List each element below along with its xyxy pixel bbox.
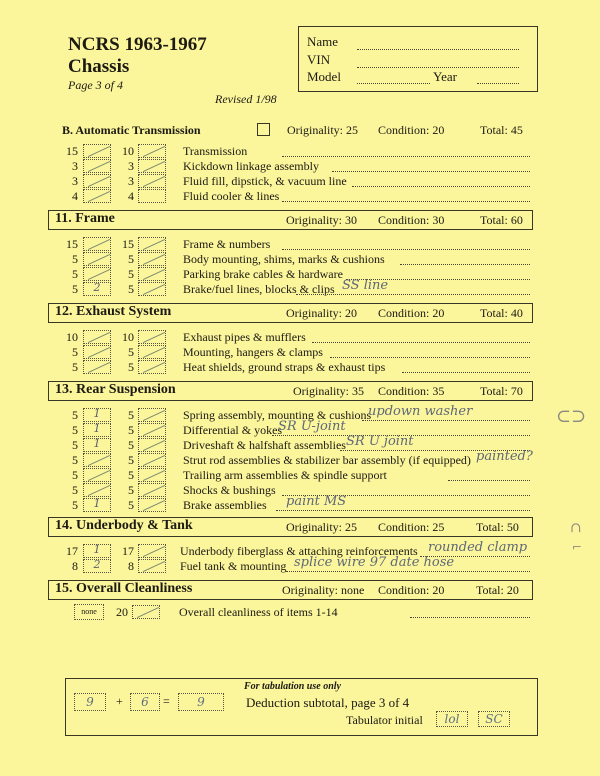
notes-line[interactable] — [332, 171, 530, 172]
handwritten-note: splice wire 97 date hose — [294, 555, 454, 570]
item-label: Body mounting, shims, marks & cushions — [183, 252, 385, 267]
model-label: Model — [307, 69, 341, 85]
section-title-automatic-transmission: B. Automatic Transmission — [62, 123, 201, 138]
handwritten-note: updown washer — [368, 404, 472, 419]
tabulator-initial-box-2[interactable]: SC — [478, 711, 510, 727]
notes-line[interactable] — [448, 480, 530, 481]
condition-deduction-box[interactable] — [138, 174, 166, 188]
section-total: Total: 20 — [476, 583, 519, 598]
item-row: 3 3 Kickdown linkage assembly — [50, 159, 540, 174]
notes-line[interactable] — [410, 617, 530, 618]
handwritten-note: SS line — [342, 278, 388, 293]
item-label: Trailing arm assemblies & spindle suppor… — [183, 468, 387, 483]
section-total: Total: 70 — [480, 384, 523, 399]
item-row: 3 3 Fluid fill, dipstick, & vacuum line — [50, 174, 540, 189]
tabulator-initial-box-1[interactable]: lol — [436, 711, 468, 727]
condition-deduction-box[interactable] — [138, 159, 166, 173]
section-header-rear-suspension: 13. Rear Suspension Originality: 35 Cond… — [48, 381, 533, 401]
section-originality: Originality: 30 — [286, 213, 357, 228]
item-label: Shocks & bushings — [183, 483, 276, 498]
name-field[interactable] — [357, 49, 519, 50]
tabulator-initial-label: Tabulator initial — [346, 713, 423, 728]
section-total: Total: 60 — [480, 213, 523, 228]
condition-deduction-box[interactable] — [138, 237, 166, 251]
notes-line[interactable] — [296, 294, 530, 295]
handwritten-note: paint MS — [286, 494, 346, 509]
item-row: 5 5 Strut rod assemblies & stabilizer ba… — [50, 453, 540, 468]
notes-line[interactable] — [282, 201, 530, 202]
model-field[interactable] — [357, 83, 430, 84]
year-label: Year — [433, 69, 457, 85]
automatic-transmission-checkbox[interactable] — [257, 123, 270, 136]
condition-deduction-box[interactable] — [138, 559, 166, 573]
section-total: Total: 40 — [480, 306, 523, 321]
tab-box-1[interactable]: 9 — [74, 693, 106, 711]
handwritten-note: painted? — [476, 449, 533, 464]
condition-deduction-box[interactable] — [138, 468, 166, 482]
handwritten-note: rounded clamp — [428, 540, 527, 555]
notes-line[interactable] — [312, 342, 530, 343]
item-label: Exhaust pipes & mufflers — [183, 330, 306, 345]
item-label: Frame & numbers — [183, 237, 270, 252]
tabulation-heading: For tabulation use only — [244, 681, 341, 692]
notes-line[interactable] — [286, 571, 530, 572]
item-row: 10 10 Exhaust pipes & mufflers — [50, 330, 540, 345]
item-row: 8 2 8 Fuel tank & mounting splice wire 9… — [50, 559, 540, 574]
condition-deduction-box[interactable] — [138, 252, 166, 266]
section-condition: Condition: 20 — [378, 306, 444, 321]
item-label: Kickdown linkage assembly — [183, 159, 319, 174]
section-total: Total: 50 — [476, 520, 519, 535]
item-row: 20 Overall cleanliness of items 1-14 — [50, 605, 540, 620]
notes-line[interactable] — [282, 156, 530, 157]
notes-line[interactable] — [400, 264, 530, 265]
vin-label: VIN — [307, 52, 330, 68]
notes-line[interactable] — [402, 372, 530, 373]
condition-deduction-box[interactable] — [138, 453, 166, 467]
plus-sign: + — [116, 694, 123, 709]
section-total: Total: 45 — [480, 123, 523, 138]
vin-field[interactable] — [357, 67, 519, 68]
margin-scribble: ⊂⊃ — [556, 406, 586, 427]
condition-deduction-box[interactable] — [138, 267, 166, 281]
identification-box: Name VIN Model Year — [298, 26, 538, 92]
item-row: 5 5 Body mounting, shims, marks & cushio… — [50, 252, 540, 267]
condition-deduction-box[interactable] — [138, 189, 166, 203]
item-row: 5 1 5 Driveshaft & halfshaft assemblies … — [50, 438, 540, 453]
equals-sign: = — [163, 694, 170, 709]
condition-deduction-box[interactable] — [138, 423, 166, 437]
item-label: Fluid fill, dipstick, & vacuum line — [183, 174, 347, 189]
item-row: 5 1 5 Differential & yokes SR U-joint — [50, 423, 540, 438]
item-row: 15 10 Transmission — [50, 144, 540, 159]
item-label: Brake assemblies — [183, 498, 267, 513]
handwritten-note: SR U-joint — [278, 419, 346, 434]
notes-line[interactable] — [282, 249, 530, 250]
item-label: Differential & yokes — [183, 423, 282, 438]
condition-deduction-box[interactable] — [138, 360, 166, 374]
form-title: NCRS 1963-1967 — [68, 34, 207, 56]
condition-deduction-box[interactable] — [138, 483, 166, 497]
item-row: 5 5 Mounting, hangers & clamps — [50, 345, 540, 360]
item-label: Strut rod assemblies & stabilizer bar as… — [183, 453, 471, 468]
revision-date: Revised 1/98 — [215, 92, 277, 107]
item-label: Mounting, hangers & clamps — [183, 345, 323, 360]
condition-deduction-box[interactable] — [132, 605, 160, 619]
item-row: 15 15 Frame & numbers — [50, 237, 540, 252]
item-label: Fuel tank & mounting — [180, 559, 286, 574]
section-originality: Originality: 20 — [286, 306, 357, 321]
section-header-frame: 11. Frame Originality: 30 Condition: 30 … — [48, 210, 533, 230]
section-condition: Condition: 25 — [378, 520, 444, 535]
section-condition: Condition: 20 — [378, 583, 444, 598]
item-row: 5 1 5 Brake assemblies paint MS — [50, 498, 540, 513]
tab-box-result[interactable]: 9 — [178, 693, 224, 711]
section-originality: Originality: 25 — [287, 123, 358, 138]
item-label: Fluid cooler & lines — [183, 189, 279, 204]
handwritten-note: SR U joint — [346, 434, 414, 449]
item-label: Transmission — [183, 144, 247, 159]
tab-box-2[interactable]: 6 — [130, 693, 160, 711]
section-condition: Condition: 35 — [378, 384, 444, 399]
section-header-exhaust-system: 12. Exhaust System Originality: 20 Condi… — [48, 303, 533, 323]
item-row: 4 4 Fluid cooler & lines — [50, 189, 540, 204]
section-originality: Originality: 35 — [293, 384, 364, 399]
year-field[interactable] — [477, 83, 519, 84]
notes-line[interactable] — [330, 357, 530, 358]
section-header-underbody-tank: 14. Underbody & Tank Originality: 25 Con… — [48, 517, 533, 537]
notes-line[interactable] — [362, 420, 530, 421]
item-label: Heat shields, ground straps & exhaust ti… — [183, 360, 385, 375]
item-row: 5 5 Trailing arm assemblies & spindle su… — [50, 468, 540, 483]
item-row: 5 2 5 Brake/fuel lines, blocks & clips S… — [50, 282, 540, 297]
page-indicator: Page 3 of 4 — [68, 78, 123, 93]
condition-deduction-box[interactable] — [138, 544, 166, 558]
condition-deduction-box[interactable] — [138, 282, 166, 296]
condition-deduction-box[interactable] — [138, 330, 166, 344]
section-header-overall-cleanliness: 15. Overall Cleanliness Originality: non… — [48, 580, 533, 600]
margin-scribble: ⌐ — [572, 540, 582, 554]
condition-deduction-box[interactable] — [138, 408, 166, 422]
section-condition: Condition: 20 — [378, 123, 444, 138]
condition-deduction-box[interactable] — [138, 345, 166, 359]
notes-line[interactable] — [352, 186, 530, 187]
form-subtitle: Chassis — [68, 56, 129, 78]
notes-line[interactable] — [276, 510, 530, 511]
condition-deduction-box[interactable] — [138, 144, 166, 158]
tabulation-box: 9 + 6 = 9 For tabulation use only Deduct… — [65, 678, 538, 736]
condition-deduction-box[interactable] — [138, 498, 166, 512]
item-label: Parking brake cables & hardware — [183, 267, 343, 282]
section-originality: Originality: 25 — [286, 520, 357, 535]
item-row: 5 5 Heat shields, ground straps & exhaus… — [50, 360, 540, 375]
item-label: Overall cleanliness of items 1-14 — [179, 605, 338, 620]
item-row: 5 5 Parking brake cables & hardware — [50, 267, 540, 282]
section-condition: Condition: 30 — [378, 213, 444, 228]
deduction-subtotal-label: Deduction subtotal, page 3 of 4 — [246, 695, 409, 711]
name-label: Name — [307, 34, 338, 50]
section-originality: Originality: none — [282, 583, 364, 598]
item-label: Driveshaft & halfshaft assemblies — [183, 438, 346, 453]
condition-deduction-box[interactable] — [138, 438, 166, 452]
margin-scribble: ∩ — [570, 520, 582, 536]
